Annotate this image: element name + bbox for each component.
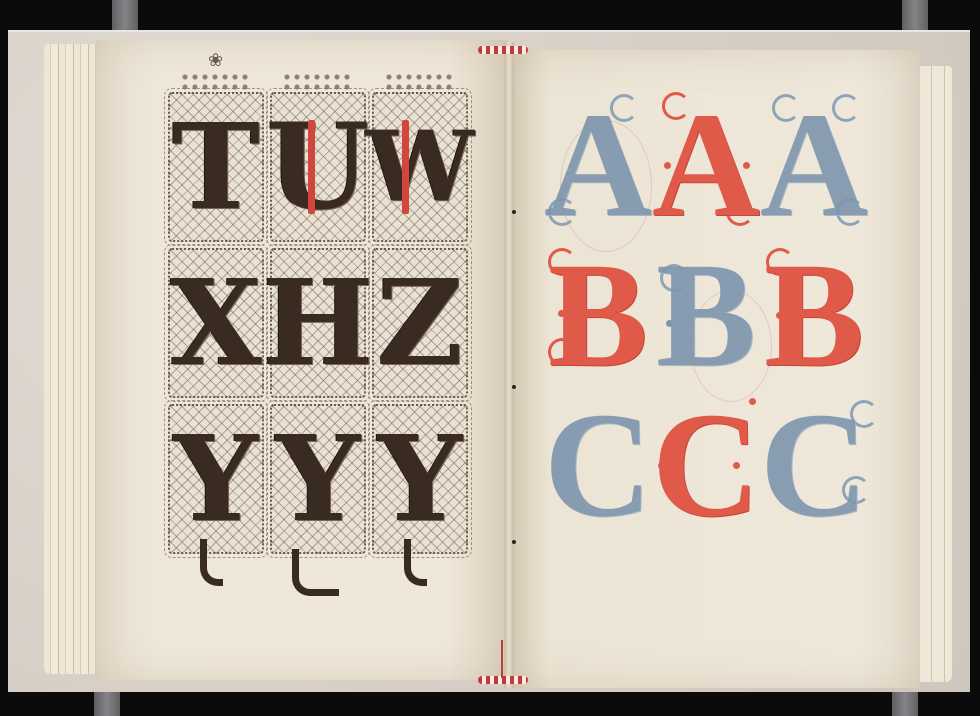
penwork-initial: Y — [168, 404, 264, 554]
penwork-initial: H — [270, 248, 366, 398]
letter-tail — [200, 539, 223, 586]
stitch-hole — [512, 540, 516, 544]
lombardic-initial: B — [656, 240, 756, 390]
lombardic-initial: A — [764, 90, 864, 240]
initial-letter: W — [366, 119, 474, 215]
initial-letter: Y — [378, 420, 462, 538]
bottom-right-strap — [892, 688, 918, 716]
ornament-dot — [749, 398, 756, 405]
book-gutter — [504, 42, 514, 688]
crown-mark-icon: ❀ — [208, 50, 223, 71]
initial-letter: T — [172, 108, 260, 226]
initial-letter: H — [262, 264, 374, 382]
initial-letter: A — [760, 90, 868, 240]
initial-letter: Z — [377, 264, 463, 382]
ornament-dot — [733, 462, 740, 469]
lombardic-initial: C — [764, 390, 864, 540]
left-page-stack — [44, 44, 104, 674]
penwork-initial: Z — [372, 248, 468, 398]
right-initials-grid: A A A B B B C C C — [548, 90, 868, 540]
initial-letter: A — [544, 90, 652, 240]
initial-letter: C — [652, 390, 760, 540]
lombardic-initial: A — [656, 90, 756, 240]
ornament-dot — [776, 312, 783, 319]
sewing-thread-bottom — [478, 676, 528, 684]
penwork-initial: X — [168, 248, 264, 398]
flourish-decoration — [282, 72, 354, 90]
initial-letter: Y — [276, 420, 360, 538]
lombardic-initial: B — [764, 240, 864, 390]
ornament-dot — [743, 162, 750, 169]
stitch-hole — [512, 385, 516, 389]
ornament-dot — [664, 162, 671, 169]
sewing-thread-top — [478, 46, 528, 54]
penwork-initial: Y — [372, 404, 468, 554]
lombardic-initial: A — [548, 90, 648, 240]
initial-letter: C — [544, 390, 652, 540]
lombardic-initial: C — [548, 390, 648, 540]
penwork-initial: Y — [270, 404, 366, 554]
penwork-initial: T — [168, 92, 264, 242]
ornament-dot — [666, 320, 673, 327]
flourish-decoration — [180, 72, 252, 90]
red-stroke — [402, 120, 409, 214]
top-left-strap — [112, 0, 138, 32]
letter-tail — [404, 539, 427, 586]
ornament-dot — [558, 310, 565, 317]
sewing-thread-vertical — [501, 640, 503, 678]
ornament-dot — [658, 462, 665, 469]
initial-letter: U — [267, 108, 370, 226]
stitch-hole — [512, 210, 516, 214]
penwork-initial: U — [270, 92, 366, 242]
bottom-left-strap — [94, 688, 120, 716]
initial-letter: X — [170, 264, 262, 382]
lombardic-initial: C — [656, 390, 756, 540]
flourish-decoration — [384, 72, 456, 90]
initial-letter: B — [656, 240, 756, 390]
initial-letter: C — [760, 390, 868, 540]
letter-tail — [292, 549, 339, 596]
red-stroke — [308, 120, 315, 214]
initial-letter: Y — [174, 420, 258, 538]
left-initials-grid: T U W X H Z Y Y Y — [168, 92, 480, 554]
lombardic-initial: B — [548, 240, 648, 390]
penwork-initial: W — [372, 92, 468, 242]
